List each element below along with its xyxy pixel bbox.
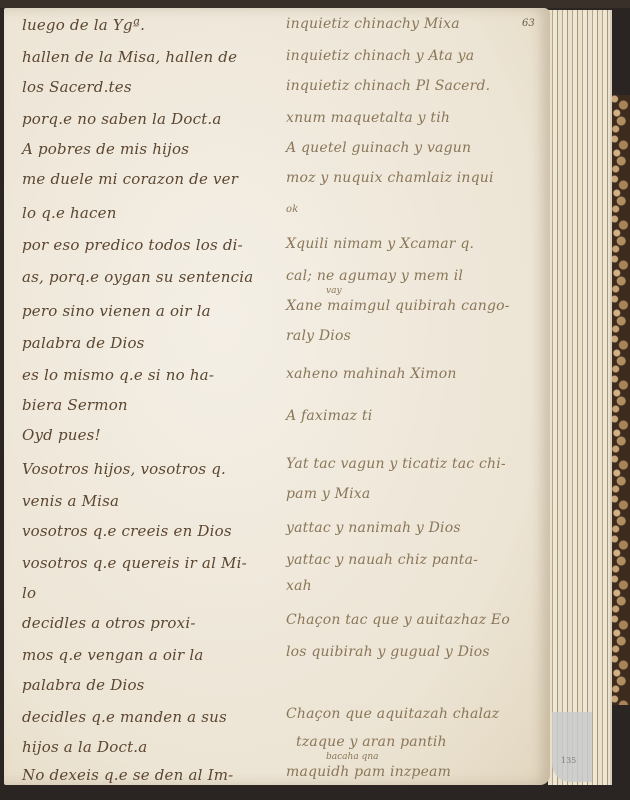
text-line: palabra de Dios: [22, 334, 145, 352]
interlinear-note: vay: [326, 286, 342, 296]
text-line: A faximaz ti: [286, 408, 372, 424]
text-line: decidles q.e manden a sus: [22, 708, 227, 726]
page-edges: [548, 10, 612, 785]
text-line: yattac y nauah chiz panta-: [286, 552, 478, 568]
text-line: lo: [22, 584, 36, 602]
text-line: Oyd pues!: [22, 426, 101, 444]
text-line: raly Dios: [286, 328, 351, 344]
text-line: as, porq.e oygan su sentencia: [22, 268, 253, 286]
book-cover-top: [0, 0, 630, 8]
text-line: inquietiz chinach Pl Sacerd.: [286, 78, 490, 94]
text-line: es lo mismo q.e si no ha-: [22, 366, 214, 384]
text-line: inquietiz chinachy Mixa: [286, 16, 460, 32]
text-line: porq.e no saben la Doct.a: [22, 110, 222, 128]
text-line: yattac y nanimah y Dios: [286, 520, 461, 536]
text-line: luego de la Ygª.: [22, 16, 145, 34]
text-line: No dexeis q.e se den al Im-: [22, 766, 233, 784]
text-line: ok: [286, 204, 298, 215]
text-line: inquietiz chinach y Ata ya: [286, 48, 474, 64]
text-line: biera Sermon: [22, 396, 128, 414]
text-line: Vosotros hijos, vosotros q.: [22, 460, 226, 478]
worn-page-corner: [552, 712, 592, 782]
text-line: lo q.e hacen: [22, 204, 117, 222]
text-line: hallen de la Misa, hallen de: [22, 48, 237, 66]
text-line: xah: [286, 578, 312, 594]
text-line: hijos a la Doct.a: [22, 738, 147, 756]
text-line: los Sacerd.tes: [22, 78, 132, 96]
text-line: moz y nuquix chamlaiz inqui: [286, 170, 494, 186]
text-line: Chaçon tac que y auitazhaz Eo: [286, 612, 510, 628]
text-line: me duele mi corazon de ver: [22, 170, 238, 188]
text-line: maquidh pam inzpeam: [286, 764, 451, 780]
text-line: xaheno mahinah Ximon: [286, 366, 457, 382]
shelfmark: 135: [561, 756, 576, 765]
text-line: vosotros q.e quereis ir al Mi-: [22, 554, 247, 572]
text-line: xnum maquetalta y tih: [286, 110, 450, 126]
text-line: los quibirah y gugual y Dios: [286, 644, 490, 660]
text-line: decidles a otros proxi-: [22, 614, 196, 632]
text-line: A pobres de mis hijos: [22, 140, 189, 158]
manuscript-page: 63 luego de la Ygª. hallen de la Misa, h…: [4, 8, 550, 785]
text-line: Xquili nimam y Xcamar q.: [286, 236, 474, 252]
text-line: por eso predico todos los di-: [22, 236, 243, 254]
text-line: palabra de Dios: [22, 676, 145, 694]
text-line: pam y Mixa: [286, 486, 370, 502]
text-line: tzaque y aran pantih: [296, 734, 447, 750]
interlinear-note: bacaha qna: [326, 752, 378, 762]
text-line: cal; ne agumay y mem il: [286, 268, 463, 284]
text-line: pero sino vienen a oir la: [22, 302, 211, 320]
text-line: venis a Misa: [22, 492, 119, 510]
text-line: vosotros q.e creeis en Dios: [22, 522, 232, 540]
text-line: Yat tac vagun y ticatiz tac chi-: [286, 456, 506, 472]
text-line: mos q.e vengan a oir la: [22, 646, 204, 664]
text-line: Chaçon que aquitazah chalaz: [286, 706, 499, 722]
text-line: A quetel guinach y vagun: [286, 140, 471, 156]
folio-number: 63: [522, 18, 535, 29]
text-line: Xane maimgul quibirah cango-: [286, 298, 510, 314]
